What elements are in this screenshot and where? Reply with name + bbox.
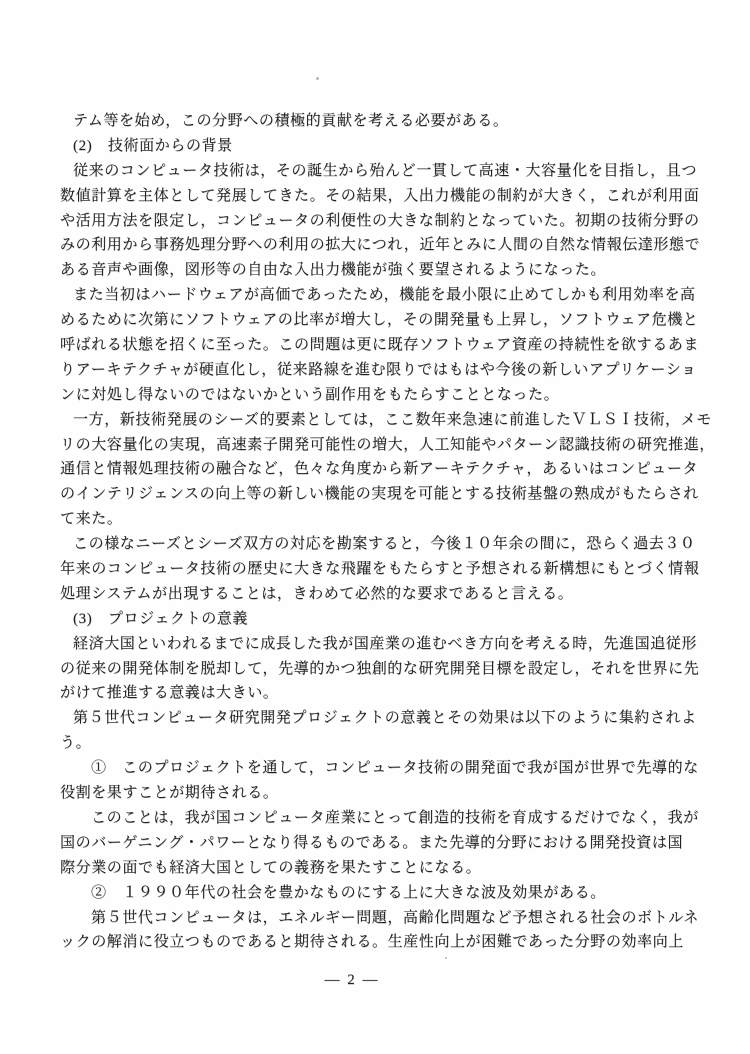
text-line: 経済大国といわれるまでに成長した我が国産業の進むべき方向を考える時，先進国追従形	[60, 632, 720, 657]
text-line: みの利用から事務処理分野への利用の拡大につれ，近年とみに人間の自然な情報伝達形態…	[60, 233, 720, 258]
text-line: 処理システムが出現することは，きわめて必然的な要求であると言える。	[60, 582, 720, 607]
text-line: 呼ばれる状態を招くに至った。この問題は更に既存ソフトウェア資産の持続性を欲するあ…	[60, 333, 720, 358]
page-number: — 2 —	[0, 972, 704, 989]
text-line: この様なニーズとシーズ双方の対応を勘案すると，今後１０年余の間に，恐らく過去３０	[60, 532, 720, 557]
text-line: 国のバーゲニング・パワーとなり得るものである。また先導的分野における開発投資は国	[60, 831, 720, 856]
text-line: ② １９９０年代の社会を豊かなものにする上に大きな波及効果がある。	[60, 881, 720, 906]
text-line: りアーキテクチャが硬直化し，従来路線を進む限りではもはや今後の新しいアプリケーシ…	[60, 358, 720, 383]
text-line: ンに対処し得ないのではないかという副作用をもたらすこととなった。	[60, 383, 720, 408]
text-line: (3) プロジェクトの意義	[60, 607, 720, 632]
text-line: 通信と情報処理技術の融合など，色々な角度から新アーキテクチャ，あるいはコンピュー…	[60, 457, 720, 482]
text-line: う。	[60, 731, 720, 756]
text-line: (2) 技術面からの背景	[60, 134, 720, 159]
text-line: ある音声や画像，図形等の自由な入出力機能が強く要望されるようになった。	[60, 258, 720, 283]
text-line: 年来のコンピュータ技術の歴史に大きな飛躍をもたらすと予想される新構想にもとづく情…	[60, 557, 720, 582]
text-line: 数値計算を主体として発展してきた。その結果，入出力機能の制約が大きく，これが利用…	[60, 184, 720, 209]
text-line: 際分業の面でも経済大国としての義務を果たすことになる。	[60, 856, 720, 881]
text-line: 役割を果すことが期待される。	[60, 781, 720, 806]
text-line: 一方，新技術発展のシーズ的要素としては，ここ数年来急速に前進したＶＬＳＩ技術，メ…	[60, 408, 720, 433]
text-line: のインテリジェンスの向上等の新しい機能の実現を可能とする技術基盤の熟成がもたらさ…	[60, 482, 720, 507]
text-line: ① このプロジェクトを通して，コンピュータ技術の開発面で我が国が世界で先導的な	[60, 756, 720, 781]
text-line: ックの解消に役立つものであると期待される。生産性向上が困難であった分野の効率向上	[60, 930, 720, 955]
text-line: の従来の開発体制を脱却して，先導的かつ独創的な研究開発目標を設定し，それを世界に…	[60, 657, 720, 682]
text-line: がけて推進する意義は大きい。	[60, 681, 720, 706]
text-line: 第５世代コンピュータ研究開発プロジェクトの意義とその効果は以下のように集約されよ	[60, 706, 720, 731]
text-line: めるために次第にソフトウェアの比率が増大し，その開発量も上昇し，ソフトウェア危機…	[60, 308, 720, 333]
page: テム等を始め，この分野への積極的貢献を考える必要がある。(2) 技術面からの背景…	[0, 0, 750, 1054]
text-line: また当初はハードウェアが高価であったため，機能を最小限に止めてしかも利用効率を高	[60, 283, 720, 308]
text-line: このことは，我が国コンピュータ産業にとって創造的技術を育成するだけでなく，我が	[60, 806, 720, 831]
text-line: 従来のコンピュータ技術は，その誕生から殆んど一貫して高速・大容量化を目指し，且つ	[60, 159, 720, 184]
text-line: テム等を始め，この分野への積極的貢献を考える必要がある。	[60, 109, 720, 134]
text-line: リの大容量化の実現，高速素子開発可能性の増大，人工知能やパターン認識技術の研究推…	[60, 433, 720, 458]
text-line: て来た。	[60, 507, 720, 532]
scan-speck	[445, 957, 447, 959]
scan-speck	[316, 77, 319, 80]
document-body: テム等を始め，この分野への積極的貢献を考える必要がある。(2) 技術面からの背景…	[60, 109, 720, 955]
text-line: 第５世代コンピュータは，エネルギー問題，高齢化問題など予想される社会のボトルネ	[60, 906, 720, 931]
text-line: や活用方法を限定し，コンピュータの利便性の大きな制約となっていた。初期の技術分野…	[60, 209, 720, 234]
